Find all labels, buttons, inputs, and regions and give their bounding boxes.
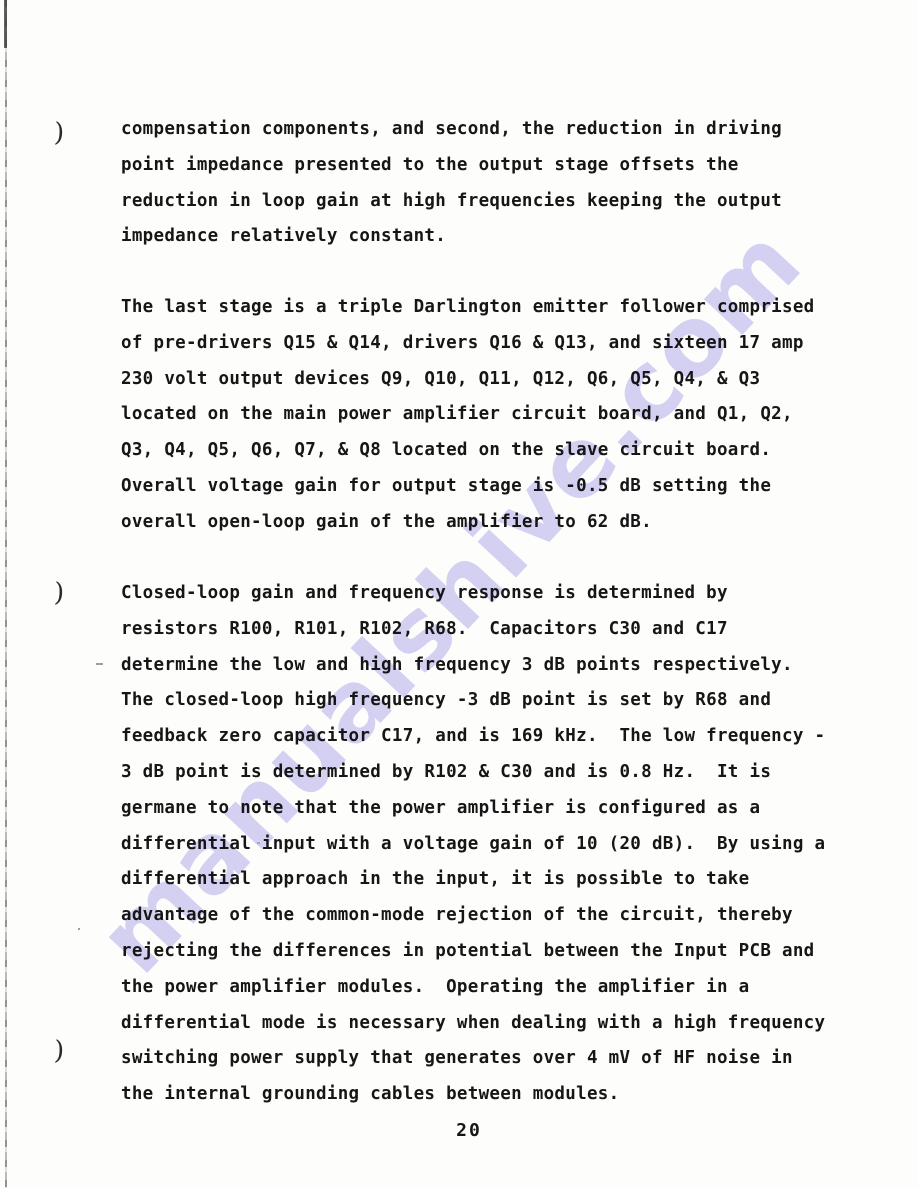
text-line: The closed-loop high frequency -3 dB poi… [121, 683, 825, 719]
text-line: 3 dB point is determined by R102 & C30 a… [121, 755, 825, 791]
paragraph-3: Closed-loop gain and frequency response … [121, 576, 825, 1113]
text-line: advantage of the common-mode rejection o… [121, 898, 825, 934]
margin-mark: ) [53, 1036, 65, 1066]
text-line: germane to note that the power amplifier… [121, 791, 825, 827]
text-line: resistors R100, R101, R102, R68. Capacit… [121, 612, 825, 648]
paragraph-2: The last stage is a triple Darlington em… [121, 290, 815, 541]
paragraph-1: compensation components, and second, the… [121, 112, 782, 255]
scan-edge-line [5, 0, 7, 1188]
text-line: compensation components, and second, the… [121, 112, 782, 148]
text-line: Closed-loop gain and frequency response … [121, 576, 825, 612]
margin-mark: ) [53, 578, 65, 608]
text-line: overall open-loop gain of the amplifier … [121, 505, 815, 541]
text-line: impedance relatively constant. [121, 219, 782, 255]
text-line: switching power supply that generates ov… [121, 1041, 825, 1077]
scan-edge-line-top [4, 0, 7, 48]
text-line: of pre-drivers Q15 & Q14, drivers Q16 & … [121, 326, 815, 362]
text-line: Q3, Q4, Q5, Q6, Q7, & Q8 located on the … [121, 433, 815, 469]
text-line: rejecting the differences in potential b… [121, 934, 825, 970]
text-line: Overall voltage gain for output stage is… [121, 469, 815, 505]
page-number: 20 [449, 1120, 489, 1141]
margin-mark: ) [53, 118, 65, 148]
text-line: differential mode is necessary when deal… [121, 1006, 825, 1042]
text-line: point impedance presented to the output … [121, 148, 782, 184]
text-line: differential input with a voltage gain o… [121, 827, 825, 863]
scanned-document-page: manualshive.com ) ) ) compensation compo… [0, 0, 918, 1188]
scan-speck [78, 928, 80, 930]
text-line: located on the main power amplifier circ… [121, 397, 815, 433]
text-line: 230 volt output devices Q9, Q10, Q11, Q1… [121, 362, 815, 398]
text-line: feedback zero capacitor C17, and is 169 … [121, 719, 825, 755]
scan-speck [96, 663, 103, 665]
text-line: the power amplifier modules. Operating t… [121, 970, 825, 1006]
text-line: the internal grounding cables between mo… [121, 1077, 825, 1113]
text-line: The last stage is a triple Darlington em… [121, 290, 815, 326]
text-line: reduction in loop gain at high frequenci… [121, 184, 782, 220]
text-line: differential approach in the input, it i… [121, 862, 825, 898]
text-line: determine the low and high frequency 3 d… [121, 648, 825, 684]
